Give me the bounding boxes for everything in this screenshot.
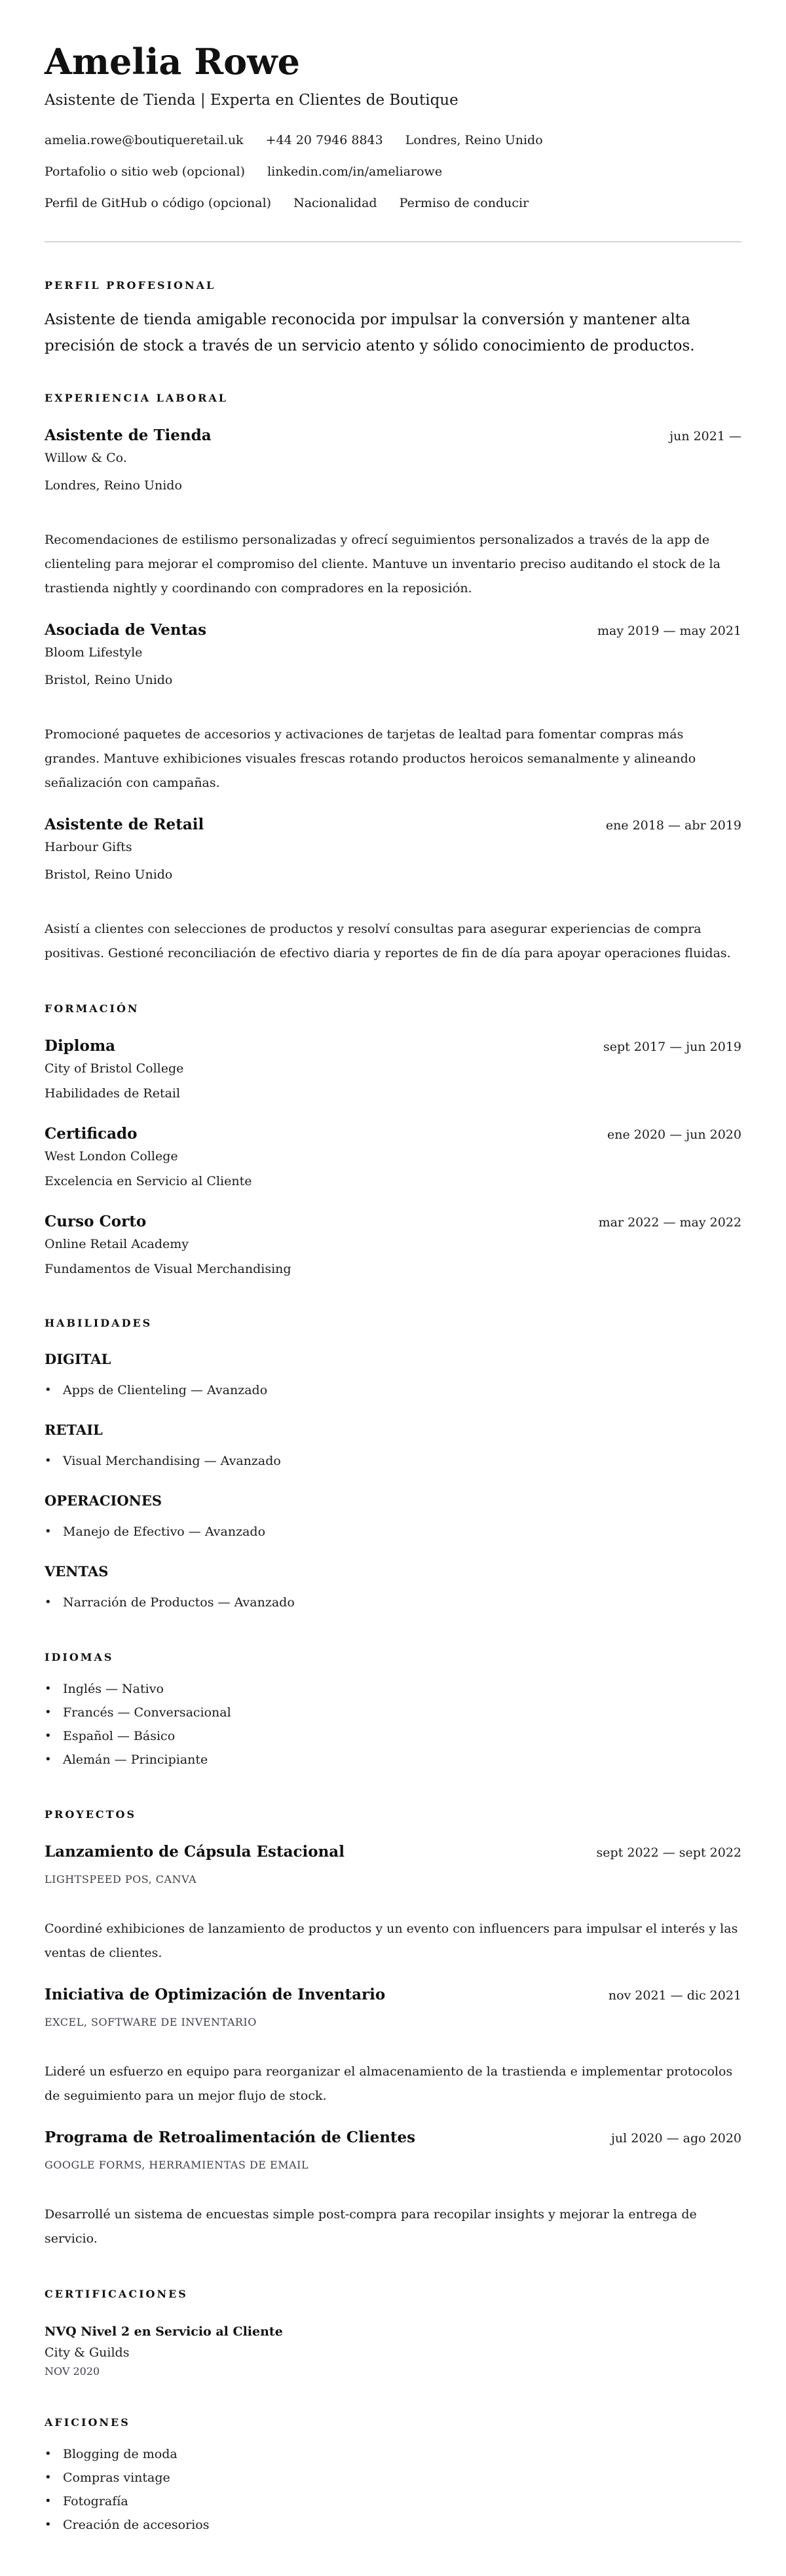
education-institution: Online Retail Academy — [45, 1233, 741, 1255]
job-dates: ene 2018 — abr 2019 — [606, 816, 741, 835]
job-dates: jun 2021 — — [669, 426, 741, 446]
language-list: Inglés — Nativo Francés — Conversacional… — [45, 1677, 741, 1771]
skill-list: Manejo de Efectivo — Avanzado — [45, 1520, 741, 1544]
education-degree: Certificado — [45, 1123, 137, 1145]
project-description: Desarrollé un sistema de encuestas simpl… — [45, 2203, 741, 2251]
contact-phone[interactable]: +44 20 7946 8843 — [266, 133, 383, 147]
skill-item: Visual Merchandising — Avanzado — [45, 1449, 741, 1473]
experience-entry: Asistente de Tienda jun 2021 — Willow & … — [45, 425, 741, 601]
resume-page: Amelia Rowe Asistente de Tienda | Expert… — [0, 0, 786, 2576]
section-heading-education: Formación — [45, 1001, 741, 1017]
skill-item: Apps de Clienteling — Avanzado — [45, 1378, 741, 1402]
certification-issuer: City & Guilds — [45, 2341, 741, 2364]
section-heading-languages: Idiomas — [45, 1650, 741, 1665]
hobby-item: Creación de accesorios — [45, 2513, 741, 2537]
contact-linkedin[interactable]: linkedin.com/in/ameliarowe — [267, 164, 442, 179]
certification-name: NVQ Nivel 2 en Servicio al Cliente — [45, 2322, 741, 2341]
job-title: Asistente de Retail — [45, 814, 204, 836]
project-entry: Lanzamiento de Cápsula Estacional sept 2… — [45, 1841, 741, 1965]
job-location: Bristol, Reino Unido — [45, 863, 741, 886]
section-heading-hobbies: Aficiones — [45, 2415, 741, 2431]
education-institution: West London College — [45, 1145, 741, 1167]
job-title: Asistente de Tienda — [45, 425, 212, 447]
section-languages: Idiomas Inglés — Nativo Francés — Conver… — [45, 1650, 741, 1771]
job-dates: may 2019 — may 2021 — [597, 621, 741, 641]
section-summary: Perfil Profesional Asistente de tienda a… — [45, 278, 741, 359]
resume-header: Amelia Rowe Asistente de Tienda | Expert… — [45, 38, 741, 219]
education-dates: sept 2017 — jun 2019 — [603, 1037, 741, 1057]
contact-portfolio[interactable]: Portafolio o sitio web (opcional) — [45, 164, 245, 179]
hobby-item: Fotografía — [45, 2490, 741, 2513]
contact-email[interactable]: amelia.rowe@boutiqueretail.uk — [45, 133, 244, 147]
project-entry: Programa de Retroalimentación de Cliente… — [45, 2127, 741, 2251]
section-hobbies: Aficiones Blogging de moda Compras vinta… — [45, 2415, 741, 2537]
section-heading-projects: Proyectos — [45, 1807, 741, 1823]
language-item: Francés — Conversacional — [45, 1701, 741, 1724]
project-tech: Excel, Software de Inventario — [45, 2014, 741, 2031]
project-description: Lideré un esfuerzo en equipo para reorga… — [45, 2060, 741, 2108]
project-title: Lanzamiento de Cápsula Estacional — [45, 1841, 345, 1863]
job-location: Londres, Reino Unido — [45, 474, 741, 497]
contact-row-extra: Perfil de GitHub o código (opcional) Nac… — [45, 187, 741, 219]
contact-github[interactable]: Perfil de GitHub o código (opcional) — [45, 196, 271, 210]
experience-entry: Asociada de Ventas may 2019 — may 2021 B… — [45, 619, 741, 795]
skill-item: Narración de Productos — Avanzado — [45, 1591, 741, 1614]
contact-block: amelia.rowe@boutiqueretail.uk +44 20 794… — [45, 124, 741, 219]
hobby-item: Compras vintage — [45, 2466, 741, 2490]
hobby-list: Blogging de moda Compras vintage Fotogra… — [45, 2442, 741, 2537]
experience-entry: Asistente de Retail ene 2018 — abr 2019 … — [45, 814, 741, 966]
education-entry: Diploma sept 2017 — jun 2019 City of Bri… — [45, 1035, 741, 1105]
job-description: Promocioné paquetes de accesorios y acti… — [45, 723, 741, 795]
section-heading-skills: Habilidades — [45, 1316, 741, 1331]
skill-category: VENTAS — [45, 1562, 741, 1582]
project-title: Iniciativa de Optimización de Inventario — [45, 1984, 385, 2006]
job-company: Harbour Gifts — [45, 836, 741, 858]
language-item: Español — Básico — [45, 1724, 741, 1748]
job-company: Willow & Co. — [45, 447, 741, 469]
section-heading-summary: Perfil Profesional — [45, 278, 741, 294]
hobby-item: Blogging de moda — [45, 2442, 741, 2466]
education-degree: Curso Corto — [45, 1211, 146, 1233]
skill-list: Apps de Clienteling — Avanzado — [45, 1378, 741, 1402]
skill-item: Manejo de Efectivo — Avanzado — [45, 1520, 741, 1544]
education-entry: Curso Corto mar 2022 — may 2022 Online R… — [45, 1211, 741, 1280]
language-item: Inglés — Nativo — [45, 1677, 741, 1701]
project-title: Programa de Retroalimentación de Cliente… — [45, 2127, 415, 2149]
project-tech: Lightspeed POS, Canva — [45, 1871, 741, 1888]
section-certifications: Certificaciones NVQ Nivel 2 en Servicio … — [45, 2286, 741, 2379]
education-institution: City of Bristol College — [45, 1057, 741, 1080]
education-degree: Diploma — [45, 1035, 115, 1057]
project-description: Coordiné exhibiciones de lanzamiento de … — [45, 1917, 741, 1965]
project-dates: sept 2022 — sept 2022 — [597, 1843, 741, 1863]
project-dates: jul 2020 — ago 2020 — [611, 2129, 741, 2148]
skill-list: Visual Merchandising — Avanzado — [45, 1449, 741, 1473]
skill-category: OPERACIONES — [45, 1491, 741, 1511]
education-entry: Certificado ene 2020 — jun 2020 West Lon… — [45, 1123, 741, 1192]
section-heading-experience: Experiencia Laboral — [45, 390, 741, 406]
job-company: Bloom Lifestyle — [45, 641, 741, 664]
skill-list: Narración de Productos — Avanzado — [45, 1591, 741, 1614]
section-heading-certifications: Certificaciones — [45, 2286, 741, 2302]
education-dates: mar 2022 — may 2022 — [599, 1213, 741, 1232]
job-description: Recomendaciones de estilismo personaliza… — [45, 528, 741, 601]
education-dates: ene 2020 — jun 2020 — [607, 1125, 741, 1145]
project-entry: Iniciativa de Optimización de Inventario… — [45, 1984, 741, 2108]
education-field: Excelencia en Servicio al Cliente — [45, 1170, 741, 1192]
education-field: Habilidades de Retail — [45, 1082, 741, 1105]
language-item: Alemán — Principiante — [45, 1748, 741, 1771]
section-skills: Habilidades DIGITAL Apps de Clienteling … — [45, 1316, 741, 1614]
education-field: Fundamentos de Visual Merchandising — [45, 1258, 741, 1280]
skill-category: RETAIL — [45, 1420, 741, 1440]
candidate-headline: Asistente de Tienda | Experta en Cliente… — [45, 89, 741, 111]
job-location: Bristol, Reino Unido — [45, 669, 741, 691]
project-tech: Google Forms, Herramientas de Email — [45, 2157, 741, 2174]
contact-row-links: Portafolio o sitio web (opcional) linked… — [45, 156, 741, 187]
contact-driving-licence: Permiso de conducir — [400, 196, 529, 210]
project-dates: nov 2021 — dic 2021 — [608, 1986, 741, 2005]
summary-text: Asistente de tienda amigable reconocida … — [45, 307, 741, 359]
certification-date: nov 2020 — [45, 2364, 741, 2379]
section-education: Formación Diploma sept 2017 — jun 2019 C… — [45, 1001, 741, 1280]
contact-row-primary: amelia.rowe@boutiqueretail.uk +44 20 794… — [45, 124, 741, 156]
job-title: Asociada de Ventas — [45, 619, 206, 641]
section-projects: Proyectos Lanzamiento de Cápsula Estacio… — [45, 1807, 741, 2251]
contact-nationality: Nacionalidad — [293, 196, 377, 210]
skill-category: DIGITAL — [45, 1350, 741, 1369]
certification-entry: NVQ Nivel 2 en Servicio al Cliente City … — [45, 2322, 741, 2379]
section-experience: Experiencia Laboral Asistente de Tienda … — [45, 390, 741, 966]
job-description: Asistí a clientes con selecciones de pro… — [45, 917, 741, 966]
contact-location: Londres, Reino Unido — [405, 133, 543, 147]
candidate-name: Amelia Rowe — [45, 38, 741, 85]
header-divider — [45, 241, 741, 242]
